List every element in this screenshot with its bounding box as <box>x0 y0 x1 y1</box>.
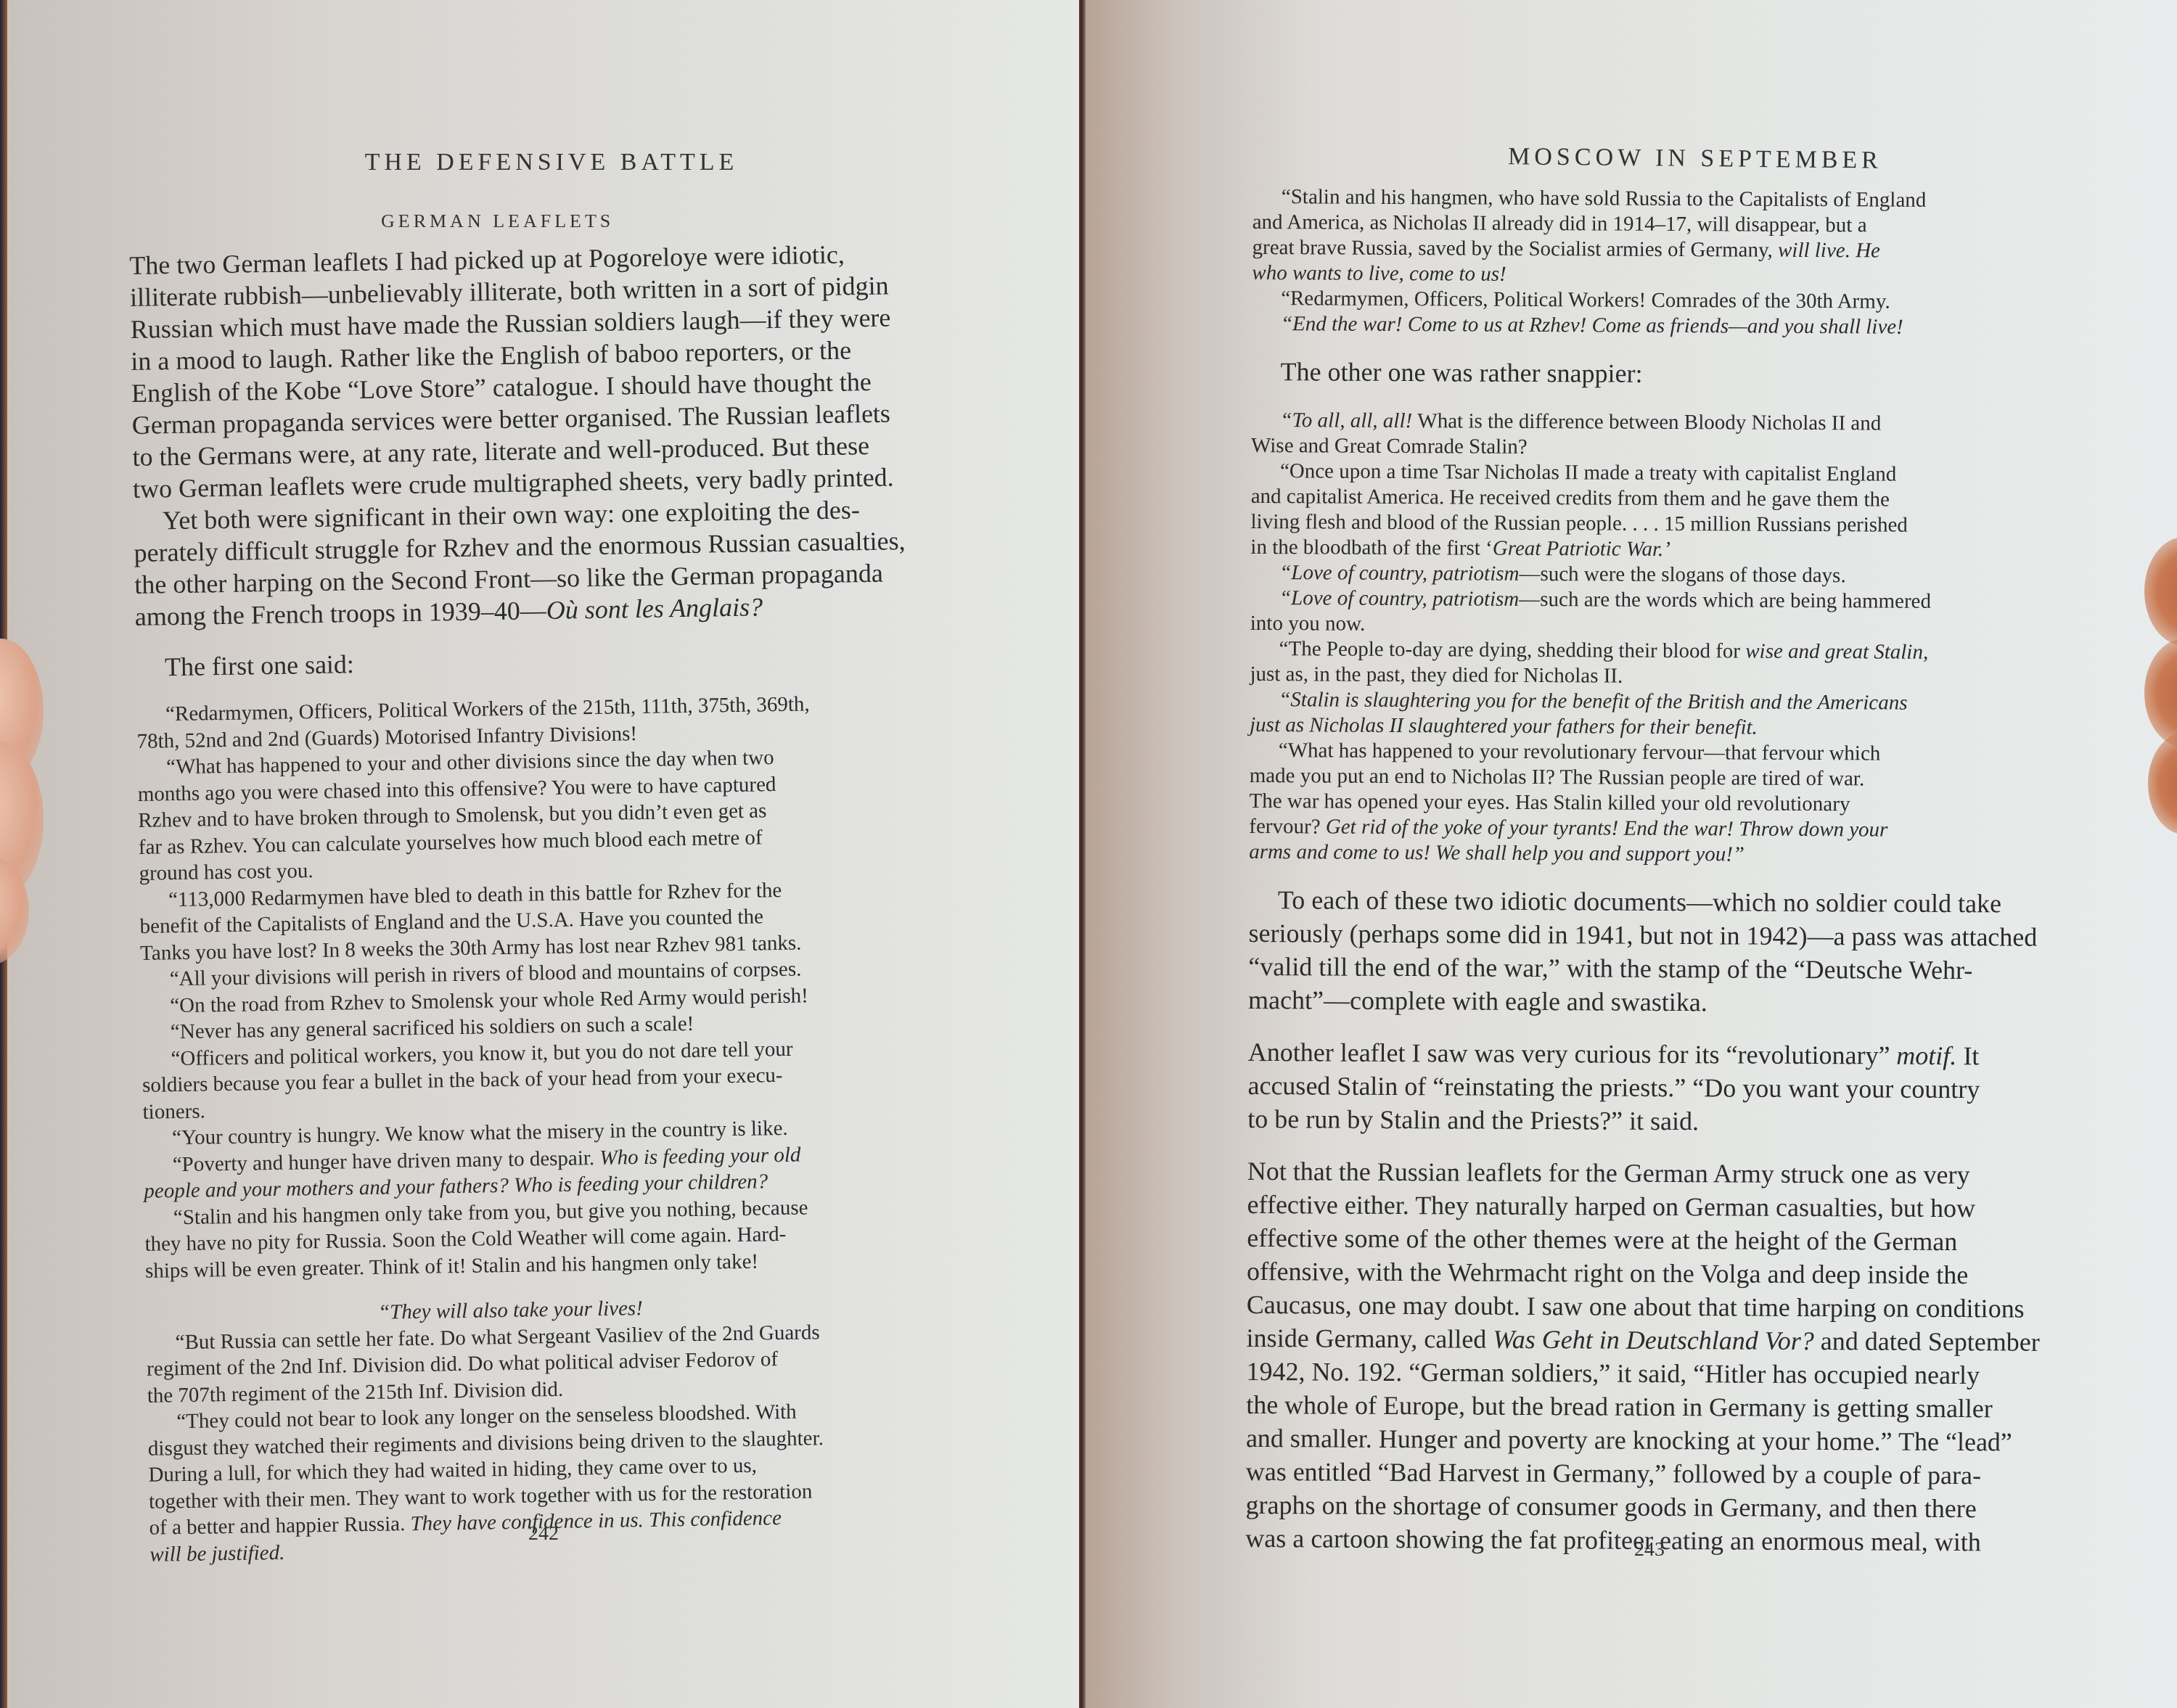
italic-span: will be justified. <box>149 1540 285 1566</box>
plain-span: The other one was rather snappier: <box>1281 357 1643 388</box>
plain-span: effective either. They naturally harped … <box>1247 1190 1976 1223</box>
plain-span: The war has opened your eyes. Has Stalin… <box>1249 789 1850 816</box>
plain-span: effective some of the other themes were … <box>1247 1223 1957 1256</box>
italic-span: “To all, all, all! <box>1280 408 1417 432</box>
text-line: offensive, with the Wehrmacht right on t… <box>1247 1256 1968 1290</box>
text-line: and America, as Nicholas II already did … <box>1253 210 1867 237</box>
text-line: tioners. <box>142 1099 205 1124</box>
italic-span: Was Geht in Deutschland Vor? <box>1493 1325 1814 1355</box>
text-line: “The People to-day are dying, shedding t… <box>1279 637 1929 665</box>
right-page-text: “Stalin and his hangmen, who have sold R… <box>1253 185 2073 189</box>
plain-span: the 707th regiment of the 215th Inf. Div… <box>147 1377 564 1407</box>
text-line: and smaller. Hunger and poverty are knoc… <box>1246 1423 2012 1458</box>
plain-span: was a cartoon showing the fat profiteer … <box>1245 1524 1981 1556</box>
text-line: macht”—complete with eagle and swastika. <box>1248 985 1707 1017</box>
text-line: To each of these two idiotic documents—w… <box>1278 884 2001 919</box>
plain-span: offensive, with the Wehrmacht right on t… <box>1247 1257 1968 1289</box>
plain-span: seriously (perhaps some did in 1941, but… <box>1248 919 2037 952</box>
text-line: inside Germany, called Was Geht in Deuts… <box>1247 1323 2040 1358</box>
text-line: Caucasus, one may doubt. I saw one about… <box>1247 1289 2025 1324</box>
plain-span: tioners. <box>142 1099 205 1123</box>
plain-span: Caucasus, one may doubt. I saw one about… <box>1247 1290 2025 1323</box>
plain-span: “Redarmymen, Officers, Political Workers… <box>165 692 810 726</box>
plain-span: ground has cost you. <box>139 859 313 885</box>
plain-span: —such were the slogans of those days. <box>1519 562 1845 587</box>
plain-span: Wise and Great Comrade Stalin? <box>1251 434 1528 459</box>
italic-span: just as Nicholas II slaughtered your fat… <box>1250 713 1758 739</box>
italic-span: “End the war! Come to us at Rzhev! Come … <box>1281 312 1903 338</box>
running-head-right: MOSCOW IN SEPTEMBER <box>1477 143 1913 175</box>
text-line: Wise and Great Comrade Stalin? <box>1251 434 1528 459</box>
text-line: The first one said: <box>165 649 355 682</box>
italic-span: Get rid of the yoke of your tyrants! End… <box>1326 816 1888 842</box>
italic-span: “Love of country, patriotism <box>1279 561 1519 586</box>
plain-span: and capitalist America. He received cred… <box>1251 485 1890 512</box>
plain-span: 1942, No. 192. “German soldiers,” it sai… <box>1246 1357 1980 1389</box>
text-line: “Redarmymen, Officers, Political Workers… <box>165 692 810 726</box>
text-line: effective either. They naturally harped … <box>1247 1189 1976 1223</box>
plain-span: fervour? <box>1249 815 1326 839</box>
italic-span: They have confidence in us. This confide… <box>410 1506 782 1535</box>
plain-span: “Never has any general sacrificed his so… <box>171 1012 694 1043</box>
text-line: seriously (perhaps some did in 1941, but… <box>1248 918 2037 953</box>
text-line: and capitalist America. He received cred… <box>1251 485 1890 512</box>
plain-span: the whole of Europe, but the bread ratio… <box>1246 1390 1993 1423</box>
plain-span: The first one said: <box>165 649 355 681</box>
italic-span: arms and come to us! We shall help you a… <box>1249 840 1745 866</box>
plain-span: 78th, 52nd and 2nd (Guards) Motorised In… <box>136 722 637 753</box>
text-line: “Love of country, patriotism—such were t… <box>1279 561 1846 588</box>
italic-span: motif. <box>1896 1041 1956 1070</box>
plain-span: among the French troops in 1939–40— <box>135 596 546 631</box>
text-line: effective some of the other themes were … <box>1247 1223 1957 1257</box>
plain-span: “What has happened to your revolutionary… <box>1279 739 1881 765</box>
text-line: “Stalin and his hangmen, who have sold R… <box>1282 185 1927 213</box>
text-line: “valid till the end of the war,” with th… <box>1248 951 1972 985</box>
italic-span: “Stalin is slaughtering you for the bene… <box>1279 688 1907 715</box>
text-line: “They will also take your lives! <box>378 1297 643 1325</box>
text-line: The other one was rather snappier: <box>1281 356 1643 389</box>
text-line: was a cartoon showing the fat profiteer … <box>1245 1523 1981 1557</box>
plain-span: “Redarmymen, Officers, Political Workers… <box>1281 287 1890 313</box>
plain-span: and smaller. Hunger and poverty are knoc… <box>1246 1424 2012 1457</box>
italic-span: Who is feeding your old <box>599 1143 801 1169</box>
plain-span: to be run by Stalin and the Priests?” it… <box>1247 1104 1699 1136</box>
italic-span: wise and great Stalin, <box>1745 640 1928 664</box>
text-line: made you put an end to Nicholas II? The … <box>1250 764 1865 791</box>
plain-span: made you put an end to Nicholas II? The … <box>1250 764 1865 790</box>
plain-span: “Stalin and his hangmen, who have sold R… <box>1282 185 1927 212</box>
text-line: arms and come to us! We shall help you a… <box>1249 840 1745 867</box>
plain-span: living flesh and blood of the Russian pe… <box>1250 510 1908 537</box>
plain-span: accused Stalin of “reinstating the pries… <box>1247 1071 1980 1104</box>
book-gutter <box>1079 0 1086 1708</box>
text-line: Another leaflet I saw was very curious f… <box>1248 1037 1980 1071</box>
plain-span: macht”—complete with eagle and swastika. <box>1248 985 1707 1017</box>
text-line: accused Stalin of “reinstating the pries… <box>1247 1070 1980 1104</box>
text-line: “End the war! Come to us at Rzhev! Come … <box>1281 312 1903 339</box>
plain-span: —such are the words which are being hamm… <box>1519 588 1931 613</box>
text-line: Not that the Russian leaflets for the Ge… <box>1247 1156 1970 1190</box>
plain-span: Another leaflet I saw was very curious f… <box>1248 1038 1897 1070</box>
text-line: just as Nicholas II slaughtered your fat… <box>1250 713 1758 740</box>
text-line: in the bloodbath of the first ‘Great Pat… <box>1250 535 1670 562</box>
text-line: graphs on the shortage of consumer goods… <box>1245 1490 1977 1524</box>
italic-span: Great Patriotic War.’ <box>1493 537 1670 561</box>
italic-span: will live. He <box>1778 239 1880 263</box>
text-line: was entitled “Bad Harvest in Germany,” f… <box>1246 1456 1982 1490</box>
text-line: The war has opened your eyes. Has Stalin… <box>1249 789 1850 816</box>
plain-span: graphs on the shortage of consumer goods… <box>1245 1490 1977 1523</box>
plain-span: “valid till the end of the war,” with th… <box>1248 952 1972 985</box>
text-line: just as, in the past, they died for Nich… <box>1250 662 1623 689</box>
plain-span: just as, in the past, they died for Nich… <box>1250 662 1623 688</box>
italic-span: “They will also take your lives! <box>378 1297 643 1324</box>
italic-span: Où sont les Anglais? <box>546 592 763 625</box>
plain-span: of a better and happier Russia. <box>149 1512 410 1540</box>
text-line: living flesh and blood of the Russian pe… <box>1250 510 1908 538</box>
text-line: into you now. <box>1250 612 1366 636</box>
plain-span: was entitled “Bad Harvest in Germany,” f… <box>1246 1457 1981 1490</box>
text-line: “Redarmymen, Officers, Political Workers… <box>1281 287 1890 313</box>
text-line: who wants to live, come to us! <box>1252 261 1506 287</box>
plain-span: “Once upon a time Tsar Nicholas II made … <box>1280 459 1897 485</box>
plain-span: in the bloodbath of the first ‘ <box>1250 535 1493 560</box>
left-page-text: The two German leaflets I had picked up … <box>129 237 942 250</box>
text-line: fervour? Get rid of the yoke of your tyr… <box>1249 815 1887 842</box>
plain-span: It <box>1956 1041 1979 1070</box>
left-page: THE DEFENSIVE BATTLE GERMAN LEAFLETS The… <box>7 0 1081 1708</box>
open-book-spread: THE DEFENSIVE BATTLE GERMAN LEAFLETS The… <box>0 0 2177 1708</box>
plain-span: What is the difference between Bloody Ni… <box>1417 409 1881 435</box>
plain-span: and dated September <box>1814 1326 2040 1357</box>
page-number-right: 243 <box>1634 1538 1665 1561</box>
plain-span: inside Germany, called <box>1247 1323 1493 1354</box>
text-line: great brave Russia, saved by the Sociali… <box>1252 236 1880 263</box>
plain-span: Not that the Russian leaflets for the Ge… <box>1247 1157 1970 1189</box>
right-page: MOSCOW IN SEPTEMBER “Stalin and his hang… <box>1086 0 2177 1708</box>
text-line: 1942, No. 192. “German soldiers,” it sai… <box>1246 1356 1980 1390</box>
text-line: “To all, all, all! What is the differenc… <box>1280 408 1881 435</box>
text-line: “What has happened to your revolutionary… <box>1279 739 1881 765</box>
plain-span: “Poverty and hunger have driven many to … <box>173 1146 600 1175</box>
text-line: ground has cost you. <box>139 859 313 886</box>
text-line: will be justified. <box>149 1540 285 1567</box>
plain-span: great brave Russia, saved by the Sociali… <box>1252 236 1778 262</box>
plain-span: To each of these two idiotic documents—w… <box>1278 885 2001 918</box>
page-number-left: 242 <box>528 1522 559 1545</box>
running-head-left: THE DEFENSIVE BATTLE <box>327 149 776 176</box>
text-line: the 707th regiment of the 215th Inf. Div… <box>147 1377 564 1408</box>
text-line: “Love of country, patriotism—such are th… <box>1279 586 1931 614</box>
italic-span: who wants to live, come to us! <box>1252 261 1506 286</box>
plain-span: into you now. <box>1250 612 1366 636</box>
text-line: to be run by Stalin and the Priests?” it… <box>1247 1104 1699 1136</box>
text-line: “Stalin is slaughtering you for the bene… <box>1279 688 1907 715</box>
text-line: “Once upon a time Tsar Nicholas II made … <box>1280 459 1897 486</box>
section-heading: GERMAN LEAFLETS <box>381 210 614 232</box>
italic-span: “Love of country, patriotism <box>1279 586 1519 611</box>
text-line: the whole of Europe, but the bread ratio… <box>1246 1389 1993 1424</box>
plain-span: and America, as Nicholas II already did … <box>1253 210 1867 237</box>
plain-span: “The People to-day are dying, shedding t… <box>1279 637 1746 662</box>
